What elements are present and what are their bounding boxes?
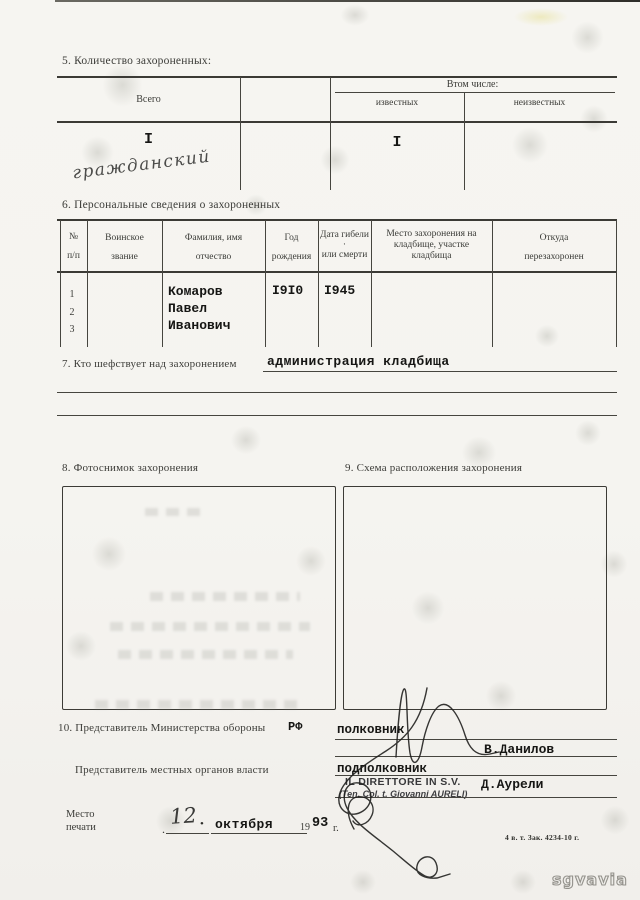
section10-local-name: Д.Аурели [481,777,543,792]
date-dot-after: • [200,818,204,830]
date-year-prefix: 19 [300,822,310,833]
scan-blotch [225,420,267,460]
scanned-burial-form: 5. Количество захороненных: Всего Втом ч… [0,0,640,900]
table2-header-place: Место захоронения на кладбище, участке к… [371,229,492,262]
table1-subheader-line [335,92,615,93]
table2-row-numbers: 1 2 3 [60,286,84,339]
table2-header-birth: Год рождения [265,229,318,267]
date-month-line [211,833,307,834]
blank-line [57,392,617,393]
section5-title: 5. Количество захороненных: [62,55,211,67]
table2-header-rank: Воинское звание [87,229,162,267]
scan-blotch [345,865,381,899]
date-year: 93 [312,816,328,831]
table1-header-bottom-line [57,121,617,123]
table2-cell-name: Комаров Павел Иванович [168,283,230,334]
table2-header-num: № п/п [60,228,87,266]
scan-blotch [505,120,555,170]
table2-vline [616,220,617,347]
section10-mod-suffix: РФ [288,720,302,734]
table1-value-known: I [330,134,464,151]
section10-mod-name: В.Данилов [484,742,554,757]
section7-value: администрация кладбища [267,354,450,369]
date-dot-before: . [162,822,165,837]
signature-line [335,797,617,798]
section10-mod-rank: полковник [337,723,405,737]
section9-title: 9. Схема расположения захоронения [345,462,522,474]
scan-blotch [595,800,635,840]
section6-title: 6. Персональные сведения о захороненных [62,199,280,211]
table2-cell-birth: I9I0 [272,283,303,298]
date-month: октября [215,817,273,832]
section10-mod-label: 10. Представитель Министерства обороны [58,722,265,734]
table1-header-known: известных [330,98,464,108]
signature-flourish [348,797,373,829]
table2-header-from: Откуда перезахоронен [492,229,616,267]
table1-top-line [57,76,617,78]
watermark: sgvavia [552,870,628,889]
scan-blotch [505,865,541,899]
section7-underline [263,371,617,372]
signature-line [335,739,617,740]
table2-header-name: Фамилия, имя отчество [162,229,265,267]
table1-vline [240,77,241,190]
table2-header-bottom-line [57,271,617,273]
scan-blotch [530,320,564,352]
signature-line [335,756,617,757]
table1-header-including: Втом числе: [330,79,615,90]
scan-edge [55,0,640,2]
table2-cell-death: I945 [324,283,355,298]
print-reference: 4 в. т. Зак. 4234-10 г. [505,833,579,842]
highlight-smudge [505,5,577,29]
scheme-box [343,486,607,710]
table2-top-line [57,219,617,221]
stamp-text-line1: IL DIRETTORE IN S.V. [345,776,461,788]
table1-header-total: Всего [57,94,240,105]
blank-line [57,415,617,416]
handwritten-note: гражданский [71,147,212,184]
table2-header-death: Дата гибели · или смерти [318,230,371,260]
table1-header-unknown: неизвестных [464,98,615,108]
scan-blotch [335,0,375,30]
date-day-handwritten: 12 [169,803,197,829]
section10-local-label: Представитель местных органов власти [75,764,269,776]
seal-place-label: Место печати [66,808,96,834]
scan-blotch [570,415,606,451]
photo-box [62,486,336,710]
table1-value-total: I [57,131,240,148]
section7-label: 7. Кто шефствует над захоронением [62,358,237,370]
section8-title: 8. Фотоснимок захоронения [62,462,198,474]
section10-local-rank: подполковник [337,762,427,776]
date-day-line [166,833,209,834]
date-year-suffix: г. [333,823,339,834]
